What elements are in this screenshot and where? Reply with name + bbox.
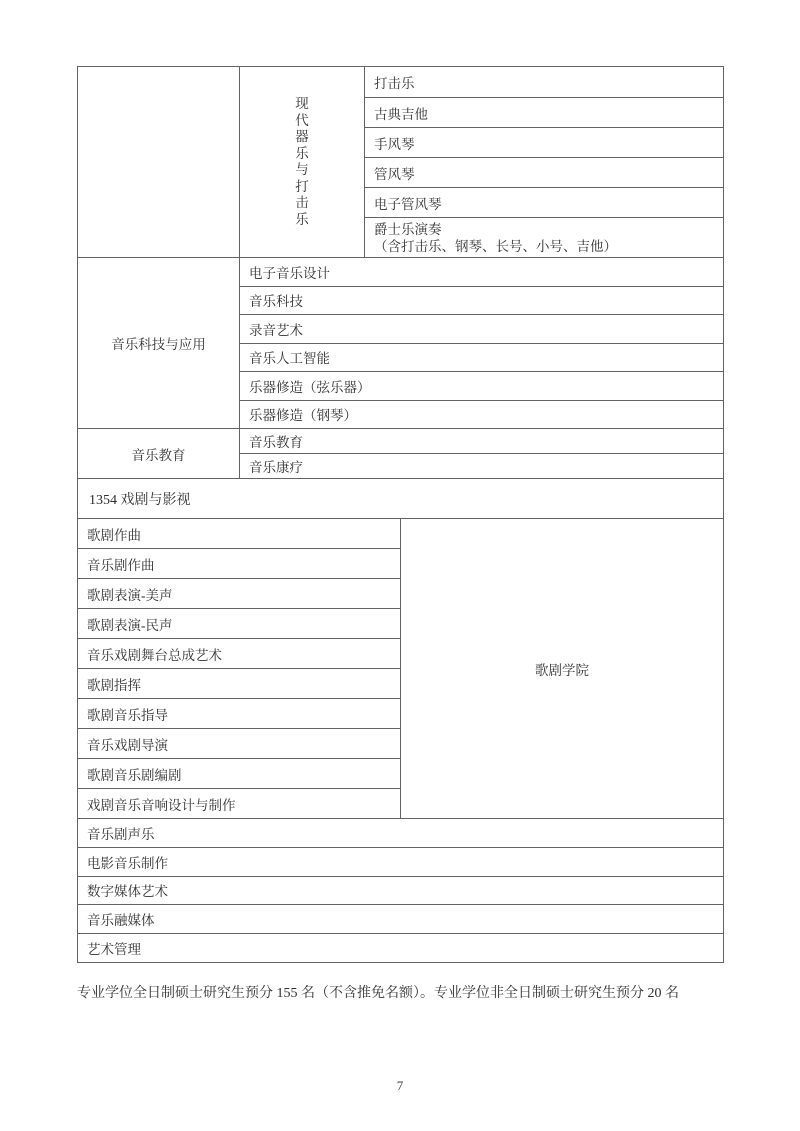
table-row: 歌剧表演-美声 <box>78 579 400 609</box>
table-row: 打击乐 <box>365 67 723 98</box>
category-label: 音乐教育 <box>132 444 186 464</box>
program-name: 歌剧音乐指导 <box>87 704 168 724</box>
program-name: 歌剧表演-民声 <box>87 614 173 634</box>
quota-footer-note: 专业学位全日制硕士研究生预分 155 名（不含推免名额）。专业学位非全日制硕士研… <box>77 984 747 1004</box>
school-name: 歌剧学院 <box>535 659 589 679</box>
table-row: 音乐剧声乐 <box>78 819 723 848</box>
table-row-jazz-performance: 爵士乐演奏 （含打击乐、钢琴、长号、小号、吉他） <box>365 218 723 257</box>
program-name: 音乐教育 <box>249 431 303 451</box>
table-row: 电子管风琴 <box>365 188 723 218</box>
program-name: 音乐剧声乐 <box>87 823 155 843</box>
program-name: 电子音乐设计 <box>249 262 330 282</box>
music-education-label-cell: 音乐教育 <box>78 429 240 478</box>
program-name: 音乐剧作曲 <box>87 554 155 574</box>
modern-instruments-group-cell: 现代器乐与打击乐 <box>240 67 365 257</box>
table-row: 音乐戏剧导演 <box>78 729 400 759</box>
program-name: 歌剧指挥 <box>87 674 141 694</box>
program-name: 艺术管理 <box>87 938 141 958</box>
page-number: 7 <box>0 1078 800 1094</box>
table-row: 歌剧指挥 <box>78 669 400 699</box>
section-header-drama-film: 1354 戏剧与影视 <box>78 479 723 519</box>
table-row: 音乐人工智能 <box>240 344 723 373</box>
program-name: 爵士乐演奏 <box>374 221 442 238</box>
opera-program-list: 歌剧作曲 音乐剧作曲 歌剧表演-美声 歌剧表演-民声 音乐戏剧舞台总成艺术 歌剧… <box>78 519 401 818</box>
program-name: 音乐戏剧导演 <box>87 734 168 754</box>
program-name: 音乐戏剧舞台总成艺术 <box>87 644 222 664</box>
program-note: （含打击乐、钢琴、长号、小号、吉他） <box>374 238 617 255</box>
program-name: 录音艺术 <box>249 319 303 339</box>
table-row: 歌剧音乐指导 <box>78 699 400 729</box>
table-row: 数字媒体艺术 <box>78 877 723 906</box>
program-name: 电子管风琴 <box>374 193 442 213</box>
table-row: 乐器修造（弦乐器） <box>240 372 723 401</box>
music-tech-program-list: 电子音乐设计 音乐科技 录音艺术 音乐人工智能 乐器修造（弦乐器） 乐器修造（钢… <box>240 258 723 428</box>
table-row: 歌剧作曲 <box>78 519 400 549</box>
opera-school-cell: 歌剧学院 <box>401 519 723 818</box>
program-name: 音乐科技 <box>249 290 303 310</box>
section-full-width-programs: 音乐剧声乐 电影音乐制作 数字媒体艺术 音乐融媒体 艺术管理 <box>78 819 723 962</box>
program-name: 戏剧音乐音响设计与制作 <box>87 794 236 814</box>
document-page: 现代器乐与打击乐 打击乐 古典吉他 手风琴 管风琴 电子管风琴 <box>0 0 800 1131</box>
program-name: 乐器修造（弦乐器） <box>249 376 371 396</box>
section-music-education: 音乐教育 音乐教育 音乐康疗 <box>78 429 723 479</box>
table-row: 音乐康疗 <box>240 454 723 478</box>
table-row: 音乐教育 <box>240 429 723 454</box>
program-name: 音乐人工智能 <box>249 347 330 367</box>
program-name: 手风琴 <box>374 133 415 153</box>
program-name: 乐器修造（钢琴） <box>249 404 357 424</box>
table-row: 艺术管理 <box>78 934 723 962</box>
modern-instruments-program-list: 打击乐 古典吉他 手风琴 管风琴 电子管风琴 爵士乐演奏 （含打击乐、钢琴、长号… <box>365 67 723 257</box>
table-row: 手风琴 <box>365 128 723 158</box>
table-row: 戏剧音乐音响设计与制作 <box>78 789 400 818</box>
section-music-tech: 音乐科技与应用 电子音乐设计 音乐科技 录音艺术 音乐人工智能 乐器修造（弦乐器… <box>78 258 723 429</box>
section-modern-instruments: 现代器乐与打击乐 打击乐 古典吉他 手风琴 管风琴 电子管风琴 <box>78 67 723 258</box>
music-education-program-list: 音乐教育 音乐康疗 <box>240 429 723 478</box>
program-name: 打击乐 <box>374 72 415 92</box>
section-opera-school: 歌剧作曲 音乐剧作曲 歌剧表演-美声 歌剧表演-民声 音乐戏剧舞台总成艺术 歌剧… <box>78 519 723 819</box>
table-row: 录音艺术 <box>240 315 723 344</box>
discipline-code-title: 1354 戏剧与影视 <box>89 489 191 509</box>
table-row: 电子音乐设计 <box>240 258 723 287</box>
program-name: 数字媒体艺术 <box>87 880 168 900</box>
program-name: 管风琴 <box>374 163 415 183</box>
program-name: 电影音乐制作 <box>87 852 168 872</box>
table-row: 管风琴 <box>365 158 723 188</box>
enrollment-table: 现代器乐与打击乐 打击乐 古典吉他 手风琴 管风琴 电子管风琴 <box>77 66 724 963</box>
music-tech-label-cell: 音乐科技与应用 <box>78 258 240 428</box>
program-name: 音乐融媒体 <box>87 909 155 929</box>
table-row: 歌剧表演-民声 <box>78 609 400 639</box>
table-row: 古典吉他 <box>365 98 723 128</box>
program-name: 歌剧表演-美声 <box>87 584 173 604</box>
table-row: 电影音乐制作 <box>78 848 723 877</box>
table-row: 音乐剧作曲 <box>78 549 400 579</box>
table-row: 音乐融媒体 <box>78 905 723 934</box>
category-label: 音乐科技与应用 <box>111 333 206 353</box>
program-name: 歌剧作曲 <box>87 524 141 544</box>
table-row: 音乐戏剧舞台总成艺术 <box>78 639 400 669</box>
program-name: 古典吉他 <box>374 103 428 123</box>
empty-parent-category-cell <box>78 67 240 257</box>
program-name: 音乐康疗 <box>249 456 303 476</box>
table-row: 歌剧音乐剧编剧 <box>78 759 400 789</box>
modern-instruments-vertical-label: 现代器乐与打击乐 <box>295 96 310 228</box>
table-row: 音乐科技 <box>240 287 723 316</box>
table-row: 乐器修造（钢琴） <box>240 401 723 429</box>
program-name: 歌剧音乐剧编剧 <box>87 764 182 784</box>
